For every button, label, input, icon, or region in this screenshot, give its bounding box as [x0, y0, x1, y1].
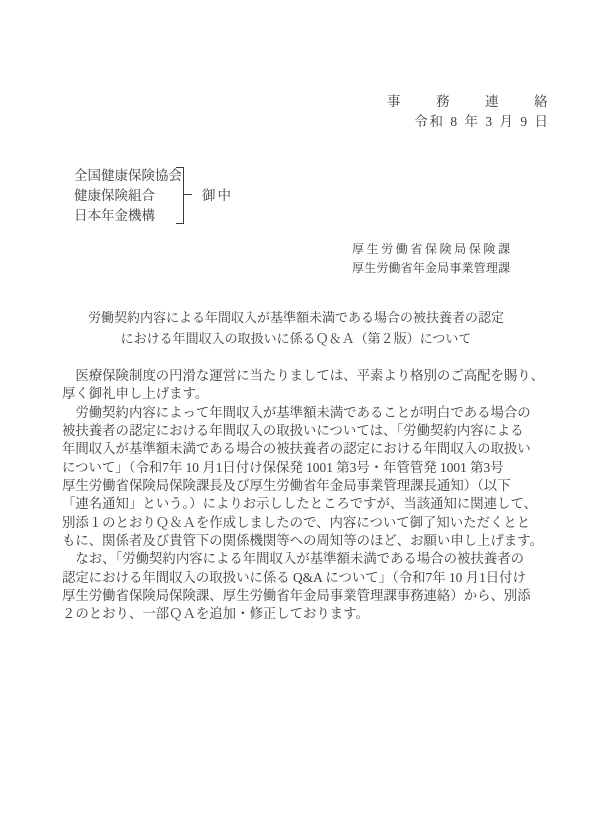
sender-line: 厚生労働省保険局保険課: [352, 240, 510, 259]
recipient-item: 全国健康保険協会: [74, 166, 182, 186]
sender-line: 厚生労働省年金局事業管理課: [352, 259, 510, 278]
sender-block: 厚生労働省保険局保険課 厚生労働省年金局事業管理課: [352, 240, 510, 278]
body-line: 「連名通知」という。）によりお示ししたところですが、当該通知に関連して、: [62, 495, 542, 513]
recipient-item: 日本年金機構: [74, 206, 182, 226]
body-line: 厚く御礼申し上げます。: [62, 385, 542, 403]
document-page: 事務連絡 令和 8 年 3 月 9 日 全国健康保険協会 健康保険組合 日本年金…: [0, 0, 592, 838]
doc-type-label: 事務連絡: [387, 94, 583, 110]
recipient-list: 全国健康保険協会 健康保険組合 日本年金機構: [74, 166, 182, 226]
body-line: なお、「労働契約内容による年間収入が基準額未満である場合の被扶養者の: [62, 550, 542, 568]
recipient-bracket-tick-icon: [183, 194, 192, 195]
body-text: 医療保険制度の円滑な運営に当たりましては、平素より格別のご高配を賜り、 厚く御礼…: [62, 367, 542, 624]
body-line: 医療保険制度の円滑な運営に当たりましては、平素より格別のご高配を賜り、: [62, 367, 542, 385]
body-line: 厚生労働省保険局保険課、厚生労働省年金局事業管理課事務連絡）から、別添: [62, 587, 542, 605]
body-line: 年間収入が基準額未満である場合の被扶養者の認定における年間収入の取扱い: [62, 440, 542, 458]
subject-title: 労働契約内容による年間収入が基準額未満である場合の被扶養者の認定 における年間収…: [0, 308, 592, 349]
recipient-honorific: 御中: [202, 186, 233, 206]
doc-date: 令和 8 年 3 月 9 日: [414, 114, 550, 130]
body-line: 認定における年間収入の取扱いに係る Q&A について」（令和7年 10 月1日付…: [62, 569, 542, 587]
body-line: 厚生労働省保険局保険課長及び厚生労働省年金局事業管理課長通知）（以下: [62, 477, 542, 495]
body-line: もに、関係者及び貴管下の関係機関等への周知等のほど、お願い申し上げます。: [62, 532, 542, 550]
recipient-item: 健康保険組合: [74, 186, 182, 206]
body-line: 別添１のとおりＱ＆Ａを作成しましたので、内容について御了知いただくとと: [62, 514, 542, 532]
body-line: 被扶養者の認定における年間収入の取扱いについては、「労働契約内容による: [62, 422, 542, 440]
body-line: について」（令和7年 10 月1日付け保保発 1001 第3号・年管管発 100…: [62, 459, 542, 477]
subject-line-1: 労働契約内容による年間収入が基準額未満である場合の被扶養者の認定: [0, 308, 592, 329]
body-line: 労働契約内容によって年間収入が基準額未満であることが明白である場合の: [62, 404, 542, 422]
body-line: ２のとおり、一部ＱＡを追加・修正しております。: [62, 605, 542, 623]
recipient-bracket-icon: [176, 167, 184, 224]
subject-line-2: における年間収入の取扱いに係るＱ＆Ａ（第２版）について: [0, 329, 592, 350]
